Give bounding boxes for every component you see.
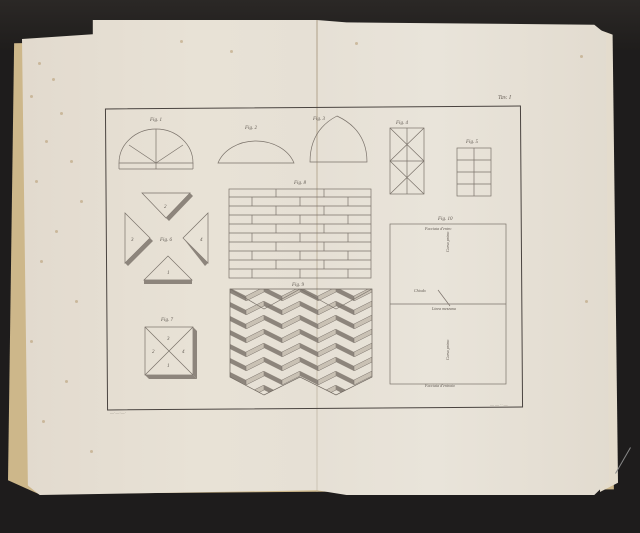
svg-text:4: 4 xyxy=(182,350,185,355)
fig4-braced-rectangle xyxy=(388,126,428,198)
fig6-piece-4: 4 xyxy=(200,238,203,243)
fig6-piece-1: 1 xyxy=(167,271,170,276)
fig10-pointer-label: Chiodo xyxy=(414,288,426,293)
fig9-herringbone-pattern xyxy=(228,287,376,397)
fig10-center-label: Linea mezzana xyxy=(432,306,456,311)
fig10-upper-vertical: Corso primo xyxy=(445,232,450,252)
engraver-imprint-left: —·—·—· xyxy=(110,410,126,415)
fig5-label: Fig. 5 xyxy=(466,140,478,145)
fig8-brick-courses xyxy=(228,188,373,280)
plate-number: Tav. I xyxy=(498,95,511,101)
fig5-grid-rectangle xyxy=(455,146,495,198)
fig8-label: Fig. 8 xyxy=(294,181,306,186)
svg-text:3: 3 xyxy=(167,337,170,342)
fig6-piece-2: 2 xyxy=(164,205,167,210)
fig10-lower-vertical: Corso primo xyxy=(445,340,450,360)
svg-text:1: 1 xyxy=(167,364,170,369)
fig3-pointed-arch xyxy=(307,112,372,167)
fig2-segmental-arch xyxy=(215,130,300,170)
fig6-piece-3: 3 xyxy=(131,238,134,243)
fig10-bottom-annotation: Facciata d'entrata xyxy=(425,383,455,388)
fig1-semicircular-arch xyxy=(115,125,205,170)
fig6-triangle-pieces: 2 3 4 1 xyxy=(120,188,215,290)
svg-text:2: 2 xyxy=(152,350,155,355)
fig1-label: Fig. 1 xyxy=(150,118,162,123)
fig7-label: Fig. 7 xyxy=(161,318,173,323)
fig7-pyramid-plan: 3 2 4 1 xyxy=(142,324,202,384)
